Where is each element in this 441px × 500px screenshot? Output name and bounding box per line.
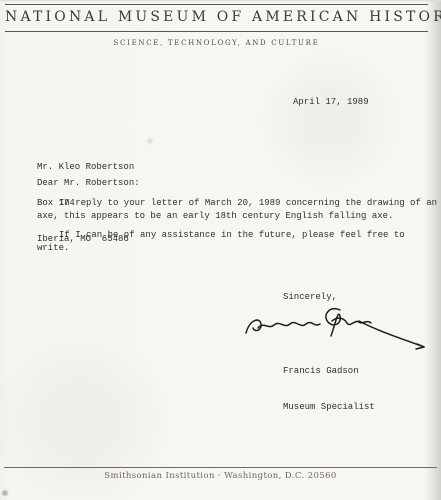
letter-paragraph: In reply to your letter of March 20, 198… — [37, 197, 437, 223]
letter-date: April 17, 1989 — [293, 96, 369, 108]
closing-sincerely: Sincerely, — [283, 291, 337, 303]
footer-address: Smithsonian Institution · Washington, D.… — [0, 471, 441, 481]
museum-subtitle: SCIENCE, TECHNOLOGY, AND CULTURE — [5, 39, 428, 47]
signer-name: Francis Gadson — [283, 365, 375, 377]
letterhead-rule-top — [5, 4, 428, 5]
paragraph-line: axe, this appears to be an early 18th ce… — [37, 210, 437, 223]
signer-title: Museum Specialist — [283, 401, 375, 413]
recipient-name: Mr. Kleo Robertson — [37, 161, 134, 173]
footer-rule — [4, 467, 437, 468]
paragraph-line: If I can be of any assistance in the fut… — [37, 229, 405, 242]
paragraph-line: In reply to your letter of March 20, 198… — [37, 197, 437, 210]
letter-paragraph: If I can be of any assistance in the fut… — [37, 229, 405, 255]
signature-block: Francis Gadson Museum Specialist — [283, 341, 375, 437]
letterhead-rule-bottom — [5, 31, 428, 32]
letter-page: NATIONAL MUSEUM OF AMERICAN HISTORY SCIE… — [0, 0, 441, 500]
museum-title: NATIONAL MUSEUM OF AMERICAN HISTORY — [5, 9, 428, 25]
paragraph-line: write. — [37, 242, 405, 255]
salutation: Dear Mr. Robertson: — [37, 177, 140, 189]
